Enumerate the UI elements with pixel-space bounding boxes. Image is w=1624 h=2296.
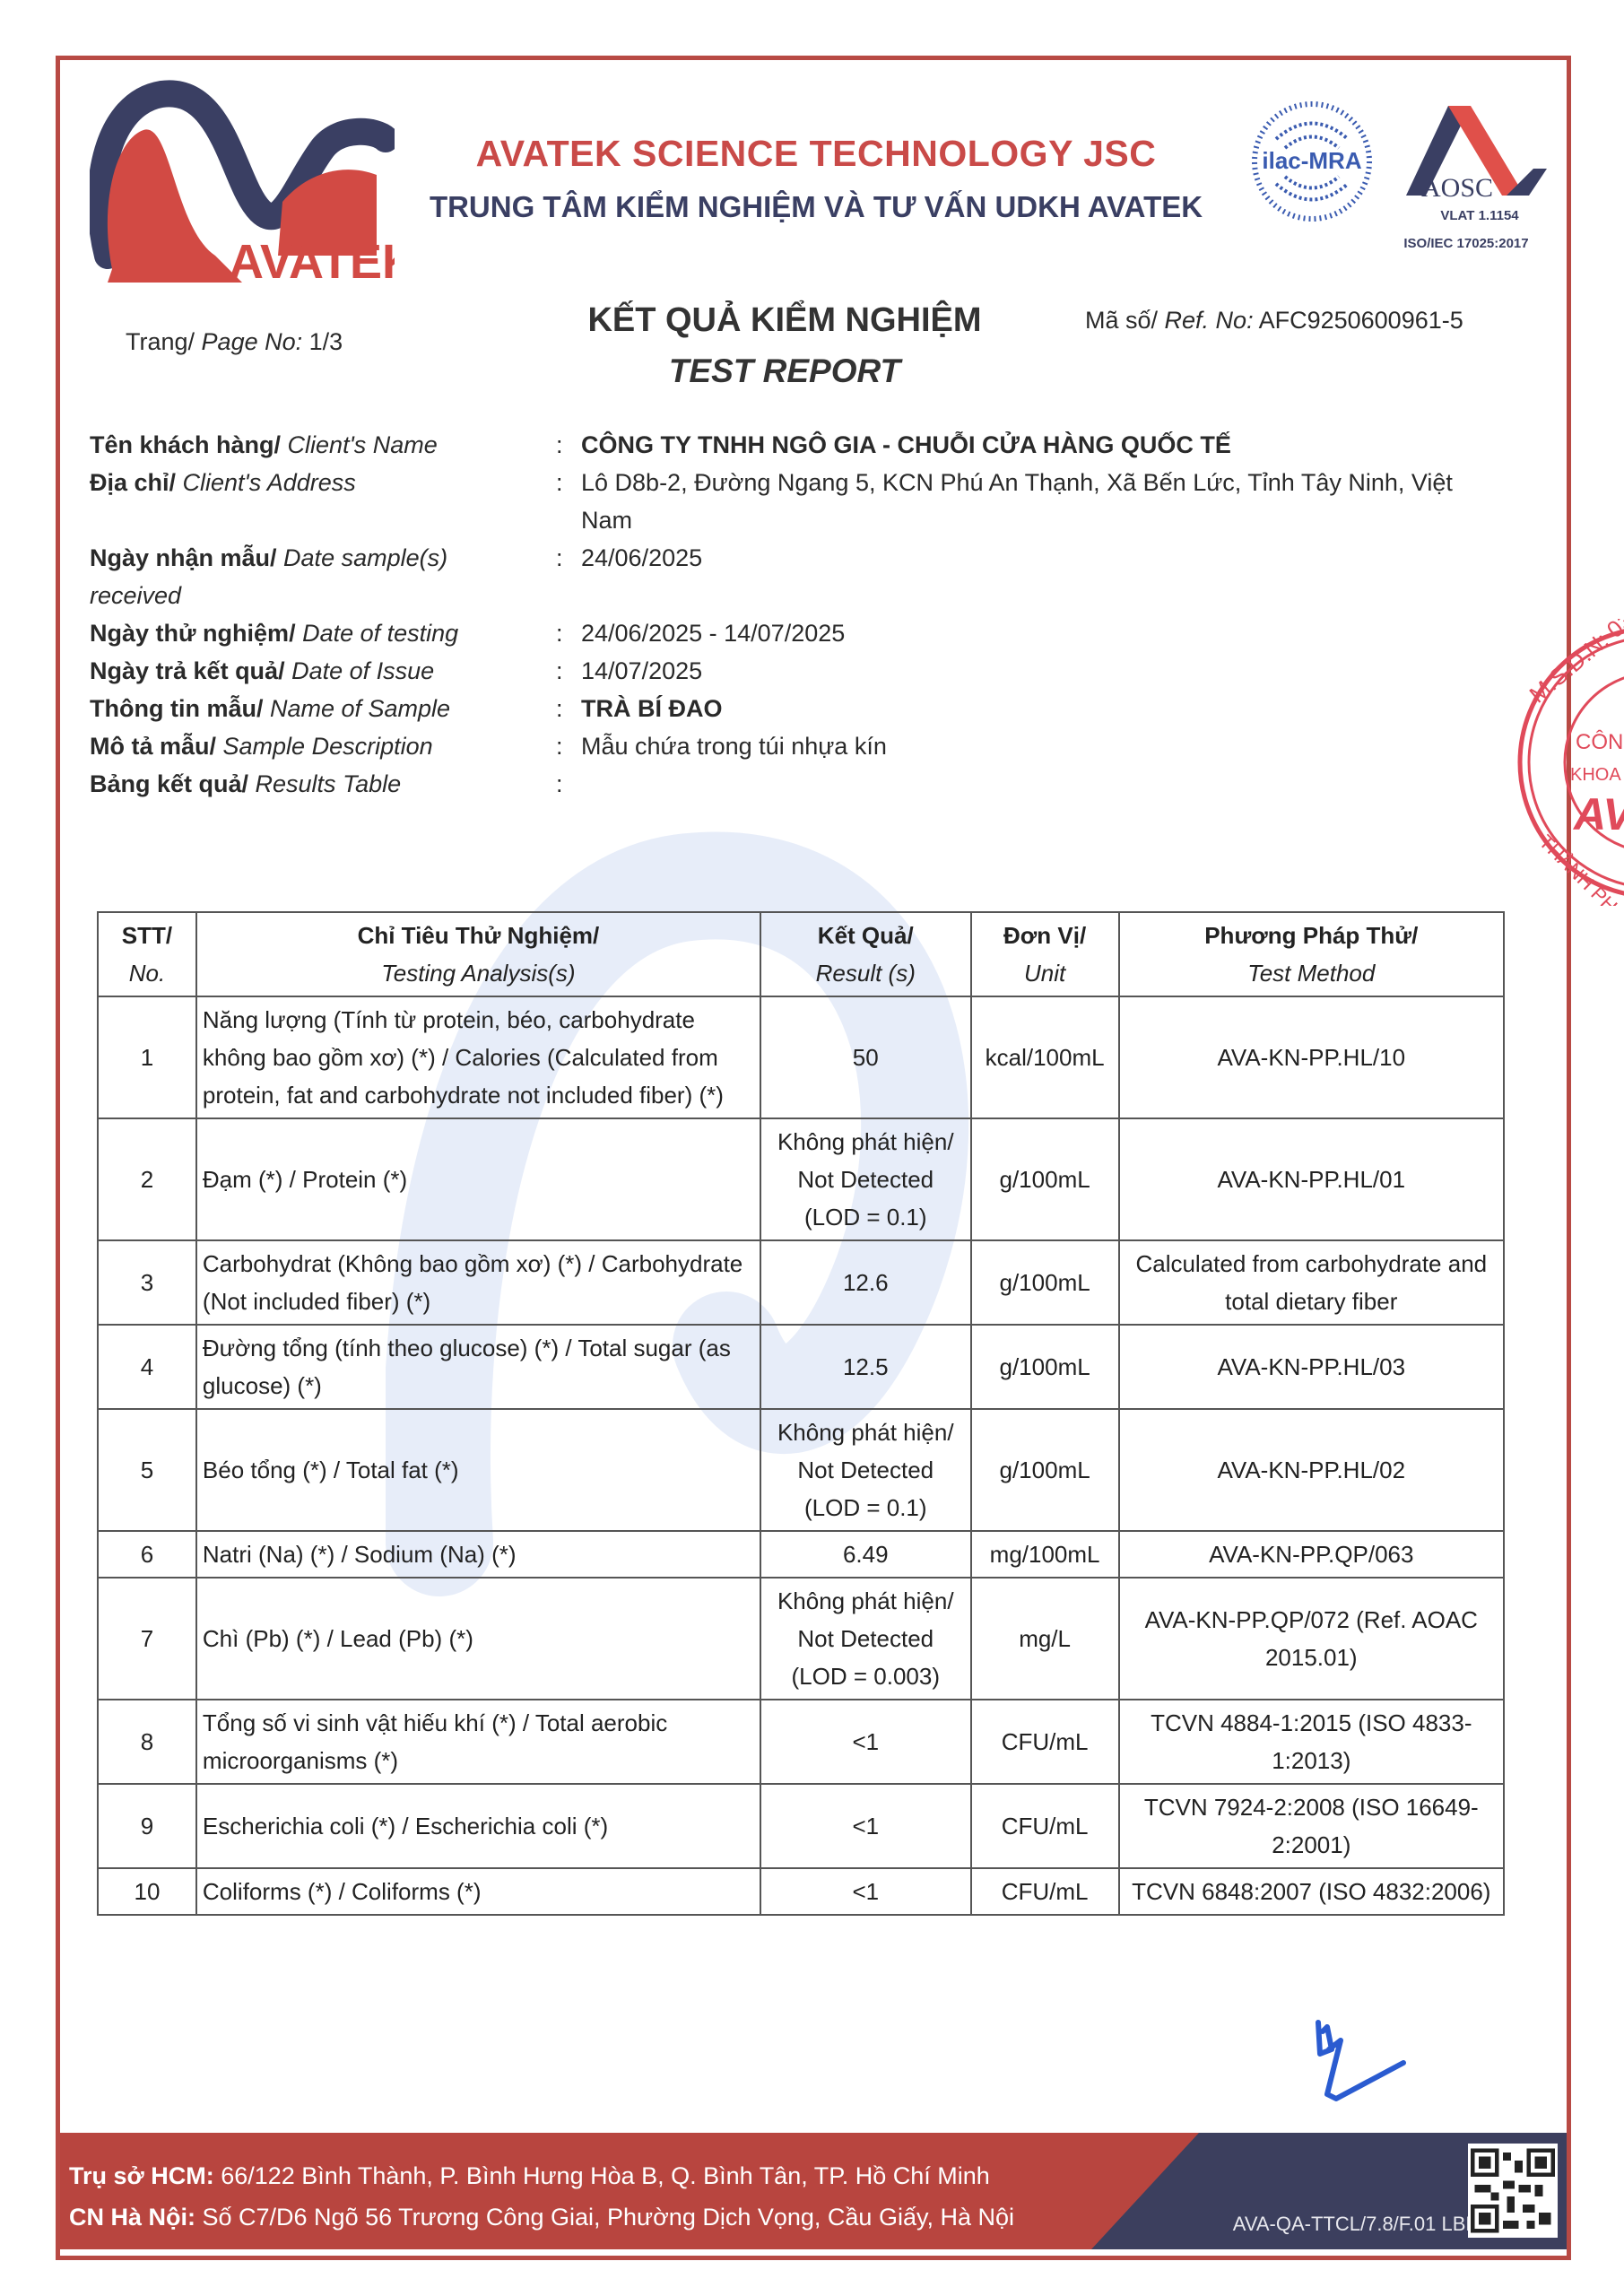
hanoi-address: Số C7/D6 Ngõ 56 Trương Công Giai, Phường… xyxy=(195,2204,1014,2231)
hcm-label: Trụ sở HCM: xyxy=(69,2162,214,2189)
table-row: 9Escherichia coli (*) / Escherichia coli… xyxy=(98,1784,1504,1868)
cell-analysis: Năng lượng (Tính từ protein, béo, carboh… xyxy=(196,996,760,1118)
cell-analysis: Đường tổng (tính theo glucose) (*) / Tot… xyxy=(196,1325,760,1409)
iso-standard: ISO/IEC 17025:2017 xyxy=(1372,236,1560,251)
table-row: 1Năng lượng (Tính từ protein, béo, carbo… xyxy=(98,996,1504,1118)
info-colon: : xyxy=(556,652,581,690)
info-value: Lô D8b-2, Đường Ngang 5, KCN Phú An Thạn… xyxy=(581,464,1489,539)
info-label: Ngày nhận mẫu/ Date sample(s) received xyxy=(90,539,556,614)
cell-result: <1 xyxy=(760,1784,971,1868)
info-colon: : xyxy=(556,765,581,803)
table-row: 6Natri (Na) (*) / Sodium (Na) (*)6.49mg/… xyxy=(98,1531,1504,1578)
cell-unit: kcal/100mL xyxy=(971,996,1119,1118)
footer-hcm-address: Trụ sở HCM: 66/122 Bình Thành, P. Bình H… xyxy=(69,2162,990,2190)
footer-banner: Trụ sở HCM: 66/122 Bình Thành, P. Bình H… xyxy=(60,2133,1567,2249)
cell-method: AVA-KN-PP.QP/063 xyxy=(1119,1531,1504,1578)
cell-method: AVA-KN-PP.HL/03 xyxy=(1119,1325,1504,1409)
cell-analysis: Carbohydrat (Không bao gồm xơ) (*) / Car… xyxy=(196,1240,760,1325)
cell-no: 9 xyxy=(98,1784,196,1868)
info-colon: : xyxy=(556,426,581,464)
cell-unit: mg/L xyxy=(971,1578,1119,1700)
cell-method: TCVN 6848:2007 (ISO 4832:2006) xyxy=(1119,1868,1504,1915)
info-row: Địa chỉ/ Client's Address:Lô D8b-2, Đườn… xyxy=(90,464,1489,539)
hanoi-label: CN Hà Nội: xyxy=(69,2204,195,2231)
cell-no: 6 xyxy=(98,1531,196,1578)
cell-unit: g/100mL xyxy=(971,1409,1119,1531)
cell-result: <1 xyxy=(760,1868,971,1915)
table-row: 8Tổng số vi sinh vật hiếu khí (*) / Tota… xyxy=(98,1700,1504,1784)
cell-unit: CFU/mL xyxy=(971,1868,1119,1915)
info-row: Bảng kết quả/ Results Table: xyxy=(90,765,1489,803)
cell-analysis: Tổng số vi sinh vật hiếu khí (*) / Total… xyxy=(196,1700,760,1784)
info-row: Ngày trả kết quả/ Date of Issue:14/07/20… xyxy=(90,652,1489,690)
cell-analysis: Natri (Na) (*) / Sodium (Na) (*) xyxy=(196,1531,760,1578)
client-info: Tên khách hàng/ Client's Name:CÔNG TY TN… xyxy=(90,426,1489,803)
cell-unit: CFU/mL xyxy=(971,1700,1119,1784)
table-row: 7Chì (Pb) (*) / Lead (Pb) (*)Không phát … xyxy=(98,1578,1504,1700)
cell-method: AVA-KN-PP.HL/02 xyxy=(1119,1409,1504,1531)
table-row: 2Đạm (*) / Protein (*)Không phát hiện/ N… xyxy=(98,1118,1504,1240)
cell-result: Không phát hiện/ Not Detected (LOD = 0.0… xyxy=(760,1578,971,1700)
cell-analysis: Escherichia coli (*) / Escherichia coli … xyxy=(196,1784,760,1868)
info-row: Thông tin mẫu/ Name of Sample:TRÀ BÍ ĐAO xyxy=(90,690,1489,727)
svg-text:CÔNG: CÔNG xyxy=(1576,729,1624,754)
cell-method: TCVN 7924-2:2008 (ISO 16649-2:2001) xyxy=(1119,1784,1504,1868)
info-value: TRÀ BÍ ĐAO xyxy=(581,690,1489,727)
page-value: 1/3 xyxy=(302,328,343,355)
table-row: 5Béo tổng (*) / Total fat (*)Không phát … xyxy=(98,1409,1504,1531)
cell-unit: g/100mL xyxy=(971,1118,1119,1240)
cell-result: 12.5 xyxy=(760,1325,971,1409)
signature-icon xyxy=(1300,2013,1417,2121)
column-header: STT/No. xyxy=(98,912,196,996)
cell-analysis: Béo tổng (*) / Total fat (*) xyxy=(196,1409,760,1531)
info-colon: : xyxy=(556,690,581,727)
info-row: Ngày nhận mẫu/ Date sample(s) received:2… xyxy=(90,539,1489,614)
info-label: Ngày thử nghiệm/ Date of testing xyxy=(90,614,556,652)
qr-code-icon[interactable] xyxy=(1468,2144,1558,2238)
cell-method: Calculated from carbohydrate and total d… xyxy=(1119,1240,1504,1325)
column-header: Phương Pháp Thử/Test Method xyxy=(1119,912,1504,996)
ilac-mra-logo-icon: ilac-MRA xyxy=(1249,99,1375,224)
cell-unit: CFU/mL xyxy=(971,1784,1119,1868)
form-code: AVA-QA-TTCL/7.8/F.01 LBH: 02 xyxy=(1100,2213,1513,2236)
info-value xyxy=(581,765,1489,803)
cell-analysis: Chì (Pb) (*) / Lead (Pb) (*) xyxy=(196,1578,760,1700)
info-label: Bảng kết quả/ Results Table xyxy=(90,765,556,803)
page-label-vn: Trang/ xyxy=(126,328,202,355)
company-stamp-icon: M.S.D.N: 03 CÔNG KHOA H AV THÀNH PHỐ xyxy=(1511,619,1624,906)
info-label: Địa chỉ/ Client's Address xyxy=(90,464,556,539)
cell-result: Không phát hiện/ Not Detected (LOD = 0.1… xyxy=(760,1409,971,1531)
cell-no: 8 xyxy=(98,1700,196,1784)
info-label: Mô tả mẫu/ Sample Description xyxy=(90,727,556,765)
page-label-en: Page No: xyxy=(202,328,303,355)
report-title-en: TEST REPORT xyxy=(502,352,1067,390)
cell-no: 4 xyxy=(98,1325,196,1409)
info-colon: : xyxy=(556,464,581,539)
cell-no: 2 xyxy=(98,1118,196,1240)
cell-method: AVA-KN-PP.HL/01 xyxy=(1119,1118,1504,1240)
vlat-code: VLAT 1.1154 xyxy=(1399,208,1560,223)
info-label: Tên khách hàng/ Client's Name xyxy=(90,426,556,464)
ref-label-en: Ref. No: xyxy=(1165,307,1254,334)
report-title-vn: KẾT QUẢ KIỂM NGHIỆM xyxy=(502,301,1067,340)
hcm-address: 66/122 Bình Thành, P. Bình Hưng Hòa B, Q… xyxy=(214,2162,990,2189)
info-colon: : xyxy=(556,727,581,765)
cell-unit: g/100mL xyxy=(971,1325,1119,1409)
svg-text:KHOA H: KHOA H xyxy=(1570,765,1624,785)
column-header: Kết Quả/Result (s) xyxy=(760,912,971,996)
company-name: AVATEK SCIENCE TECHNOLOGY JSC xyxy=(421,133,1211,175)
cell-result: 50 xyxy=(760,996,971,1118)
cell-no: 3 xyxy=(98,1240,196,1325)
info-row: Ngày thử nghiệm/ Date of testing:24/06/2… xyxy=(90,614,1489,652)
cell-no: 1 xyxy=(98,996,196,1118)
cell-result: Không phát hiện/ Not Detected (LOD = 0.1… xyxy=(760,1118,971,1240)
column-header: Chỉ Tiêu Thử Nghiệm/Testing Analysis(s) xyxy=(196,912,760,996)
table-row: 4Đường tổng (tính theo glucose) (*) / To… xyxy=(98,1325,1504,1409)
info-row: Tên khách hàng/ Client's Name:CÔNG TY TN… xyxy=(90,426,1489,464)
info-label: Ngày trả kết quả/ Date of Issue xyxy=(90,652,556,690)
info-value: Mẫu chứa trong túi nhựa kín xyxy=(581,727,1489,765)
cell-unit: g/100mL xyxy=(971,1240,1119,1325)
info-value: 24/06/2025 - 14/07/2025 xyxy=(581,614,1489,652)
aosc-label: AOSC xyxy=(1399,173,1515,204)
cell-result: 12.6 xyxy=(760,1240,971,1325)
ref-label-vn: Mã số/ xyxy=(1085,307,1165,334)
info-row: Mô tả mẫu/ Sample Description:Mẫu chứa t… xyxy=(90,727,1489,765)
center-name: TRUNG TÂM KIỂM NGHIỆM VÀ TƯ VẤN UDKH AVA… xyxy=(413,190,1220,224)
cell-no: 5 xyxy=(98,1409,196,1531)
reference-number: Mã số/ Ref. No: AFC9250600961-5 xyxy=(1085,307,1463,335)
cell-analysis: Coliforms (*) / Coliforms (*) xyxy=(196,1868,760,1915)
svg-text:AV: AV xyxy=(1572,789,1624,839)
svg-text:M.S.D.N: 03: M.S.D.N: 03 xyxy=(1524,619,1624,709)
info-value: 24/06/2025 xyxy=(581,539,1489,614)
info-value: CÔNG TY TNHH NGÔ GIA - CHUỖI CỬA HÀNG QU… xyxy=(581,426,1489,464)
column-header: Đơn Vị/Unit xyxy=(971,912,1119,996)
cell-method: AVA-KN-PP.QP/072 (Ref. AOAC 2015.01) xyxy=(1119,1578,1504,1700)
footer-hanoi-address: CN Hà Nội: Số C7/D6 Ngõ 56 Trương Công G… xyxy=(69,2204,1014,2231)
table-header-row: STT/No.Chỉ Tiêu Thử Nghiệm/Testing Analy… xyxy=(98,912,1504,996)
info-colon: : xyxy=(556,614,581,652)
results-table: STT/No.Chỉ Tiêu Thử Nghiệm/Testing Analy… xyxy=(97,911,1505,1916)
cell-analysis: Đạm (*) / Protein (*) xyxy=(196,1118,760,1240)
avatek-logo-icon: AVATEK xyxy=(90,76,395,291)
svg-text:ilac-MRA: ilac-MRA xyxy=(1262,147,1361,174)
ref-value: AFC9250600961-5 xyxy=(1254,307,1463,334)
cell-result: <1 xyxy=(760,1700,971,1784)
cell-unit: mg/100mL xyxy=(971,1531,1119,1578)
cell-no: 10 xyxy=(98,1868,196,1915)
svg-text:AVATEK: AVATEK xyxy=(229,235,395,289)
info-colon: : xyxy=(556,539,581,614)
cell-method: AVA-KN-PP.HL/10 xyxy=(1119,996,1504,1118)
table-row: 3Carbohydrat (Không bao gồm xơ) (*) / Ca… xyxy=(98,1240,1504,1325)
cell-no: 7 xyxy=(98,1578,196,1700)
cell-result: 6.49 xyxy=(760,1531,971,1578)
cell-method: TCVN 4884-1:2015 (ISO 4833-1:2013) xyxy=(1119,1700,1504,1784)
page-number: Trang/ Page No: 1/3 xyxy=(126,328,343,356)
table-row: 10Coliforms (*) / Coliforms (*)<1CFU/mLT… xyxy=(98,1868,1504,1915)
info-label: Thông tin mẫu/ Name of Sample xyxy=(90,690,556,727)
info-value: 14/07/2025 xyxy=(581,652,1489,690)
